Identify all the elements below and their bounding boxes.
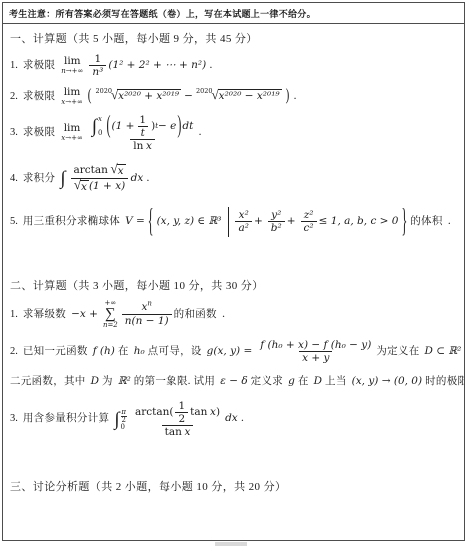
lim-subscript: x→+∞ [61, 99, 83, 106]
integral-operator: ∫ x 0 [92, 116, 105, 137]
section-2-title: 二、计算题（共 3 小题，每小题 10 分，共 30 分） [10, 277, 457, 293]
fraction-denominator: √x(1 + x) [71, 178, 128, 194]
question-s1-4: 4. 求积分 ∫ arctan √x √x(1 + x) dx . [10, 163, 457, 194]
question-number: 3. [10, 126, 18, 139]
period: . [293, 90, 296, 103]
fraction-numerator: f (h₀ + x) − f (h₀ − y) [257, 339, 374, 351]
period: . [146, 172, 149, 185]
question-number: 1. [10, 59, 18, 72]
epsilon-delta: ε − δ [220, 375, 247, 388]
big-fraction: arctan( 1 2 tan x) tan x [132, 400, 223, 438]
fraction-denominator: t [138, 126, 148, 139]
lim-label: lim [64, 123, 81, 134]
function-name: arctan( [135, 406, 174, 418]
set-expression: D ⊂ ℝ² [425, 345, 462, 358]
question-prompt: 用含参量积分计算 [23, 412, 109, 425]
radical: 2020 √ x²⁰²⁰ − x²⁰¹⁹ [196, 88, 282, 104]
exponent: n [147, 300, 152, 308]
section-3-title: 三、讨论分析题（共 2 小题，每小题 10 分，共 20 分） [10, 478, 457, 494]
question-prompt: 求幂级数 [23, 308, 66, 321]
fraction-denominator: n(n − 1) [122, 314, 172, 327]
question-s2-3: 3. 用含参量积分计算 ∫ π 2 0 arctan( 1 2 [10, 400, 457, 438]
variable: D [91, 375, 99, 388]
exam-paper: 考生注意：所有答案必须写在答题纸（卷）上，写在本试题上一律不给分。 一、计算题（… [2, 2, 465, 541]
radicand: x [117, 164, 126, 177]
function-name: ln [133, 140, 143, 152]
variable: h₀ [134, 345, 145, 358]
limit-operator: lim x→+∞ [61, 87, 83, 106]
fraction-numerator: xn [138, 301, 154, 314]
fraction: z² c² [301, 209, 317, 234]
question-prompt: 求积分 [23, 172, 55, 185]
limit-operator: lim n→+∞ [61, 56, 83, 75]
question-text: 二元函数，其中 [10, 375, 86, 388]
radical-sign: √ [74, 178, 81, 193]
radicand: x²⁰²⁰ + x²⁰¹⁹ [117, 89, 181, 103]
variable: x [184, 426, 190, 438]
upper-limit: x [98, 116, 102, 123]
question-s1-5: 5. 用三重积分求椭球体 V = { (x, y, z) ∈ ℝ³ x² a² … [10, 207, 457, 237]
integral-sign: ∫ [92, 117, 97, 136]
fraction-numerator: x² [236, 209, 252, 221]
radical: 2020 √ x²⁰²⁰ + x²⁰¹⁹ [95, 88, 181, 104]
fraction: x² a² [235, 209, 251, 234]
question-number: 3. [10, 412, 18, 425]
integral-sign: ∫ [60, 169, 65, 188]
question-s2-2-line1: 2. 已知一元函数 f (h) 在 h₀ 点可导，设 g(x, y) = f (… [10, 339, 457, 364]
lim-subscript: x→+∞ [61, 135, 83, 142]
function-name: tan [165, 426, 182, 438]
fraction-numerator: arctan √x [71, 163, 129, 178]
open-paren: ( [87, 86, 93, 107]
question-text: 定义求 [251, 375, 283, 388]
close-paren: ) [285, 86, 291, 107]
expression: − e [158, 120, 176, 132]
variable: g [288, 375, 295, 388]
lim-label: lim [64, 87, 81, 98]
integral-operator: ∫ π 2 0 [114, 409, 129, 430]
fraction: 1 t [136, 114, 149, 139]
close-paren: ) [216, 406, 220, 418]
differential: dx [131, 172, 144, 185]
fraction-denominator: ln x [130, 139, 155, 152]
fraction: y² b² [268, 209, 285, 234]
radicand: x²⁰²⁰ − x²⁰¹⁹ [218, 89, 282, 103]
radical-sign: √ [212, 87, 219, 103]
fraction: 1 2 [175, 400, 188, 425]
plus-sign: + [254, 215, 263, 228]
question-text: 点可导，设 [148, 345, 202, 358]
fraction: xn n(n − 1) [122, 301, 172, 327]
question-text: 已知一元函数 [23, 345, 88, 358]
fraction-denominator: a² [235, 221, 251, 234]
question-s1-1: 1. 求极限 lim n→+∞ 1 n³ (1² + 2² + ⋯ + n²) … [10, 53, 457, 78]
period: . [241, 412, 244, 425]
integral-sign: ∫ [114, 410, 119, 429]
limit-operator: lim x→+∞ [61, 123, 83, 142]
period: . [209, 59, 212, 72]
question-text: 为 [102, 375, 113, 388]
big-fraction: ∫ x 0 ( (1 + 1 t )t − e ) dt [89, 114, 197, 152]
question-text: 上当 [325, 375, 347, 388]
variable-definition: V = [125, 215, 145, 228]
expression: (1² + 2² + ⋯ + n²) [108, 59, 206, 72]
fraction-denominator: n³ [89, 65, 106, 78]
fraction-denominator: x + y [299, 351, 332, 364]
question-prompt: 求极限 [23, 126, 55, 139]
fraction-denominator: tan x [162, 425, 194, 438]
tuple: (x, y, z) ∈ ℝ³ [157, 215, 222, 228]
radicand: x [80, 180, 89, 193]
expression: −x + [71, 308, 98, 321]
question-s2-1: 1. 求幂级数 −x + +∞ ∑ n=2 xn n(n − 1) 的和函数 . [10, 300, 457, 329]
fraction-numerator: ∫ x 0 ( (1 + 1 t )t − e ) dt [89, 114, 197, 139]
integral-limits: π 2 0 [121, 409, 127, 430]
fraction-denominator: b² [268, 221, 285, 234]
function-expression: f (h) [93, 345, 115, 358]
pi: π [121, 409, 126, 416]
period: . [198, 126, 201, 139]
question-number: 2. [10, 90, 18, 103]
function-definition: g(x, y) = [207, 345, 253, 358]
differential: dx [225, 412, 238, 425]
function-name: arctan [74, 164, 108, 176]
variable: D [314, 375, 322, 388]
question-number: 2. [10, 345, 18, 358]
question-number: 1. [10, 308, 18, 321]
fraction-numerator: 1 [92, 53, 105, 65]
exam-notice: 考生注意：所有答案必须写在答题纸（卷）上，写在本试题上一律不给分。 [3, 3, 464, 24]
question-s1-3: 3. 求极限 lim x→+∞ ∫ x 0 ( (1 + [10, 114, 457, 152]
lim-subscript: n→+∞ [61, 68, 83, 75]
fraction-denominator: c² [301, 221, 317, 234]
question-text: 的第一象限. 试用 [134, 375, 215, 388]
question-text: 在 [298, 375, 309, 388]
lower-limit: 0 [98, 130, 102, 137]
sum-lower-limit: n=2 [103, 322, 118, 329]
fraction-numerator: arctan( 1 2 tan x) [132, 400, 223, 425]
period: . [448, 215, 451, 228]
close-brace: } [401, 201, 407, 242]
question-prompt: 用三重积分求椭球体 [23, 215, 120, 228]
question-tail: 的体积 [410, 215, 442, 228]
question-text: 为定义在 [376, 345, 419, 358]
exam-content: 一、计算题（共 5 小题，每小题 9 分，共 45 分） 1. 求极限 lim … [3, 24, 464, 494]
radical-sign: √ [111, 87, 118, 103]
sigma-sign: ∑ [105, 307, 116, 322]
integral-limits: x 0 [98, 116, 102, 137]
question-text: 上的 [464, 345, 465, 358]
question-tail: 的和函数 [174, 308, 217, 321]
minus-sign: − [184, 90, 193, 103]
question-prompt: 求极限 [23, 59, 55, 72]
limit-point: (x, y) → (0, 0) [352, 375, 422, 388]
open-brace: { [148, 201, 154, 242]
expression: (1 + [111, 120, 134, 132]
fraction-numerator: 1 [175, 400, 188, 412]
fraction: arctan √x √x(1 + x) [71, 163, 129, 194]
fraction-numerator: z² [301, 209, 317, 221]
fraction-denominator: 2 [175, 412, 188, 425]
differential: dt [182, 120, 193, 132]
lim-label: lim [64, 56, 81, 67]
fraction-numerator: 1 [136, 114, 149, 126]
question-s2-2-line2: 二元函数，其中 D 为 ℝ² 的第一象限. 试用 ε − δ 定义求 g 在 D… [10, 375, 457, 388]
fraction-numerator: y² [268, 209, 284, 221]
condition: ≤ 1, a, b, c > 0 [319, 215, 399, 228]
section-1-title: 一、计算题（共 5 小题，每小题 9 分，共 45 分） [10, 30, 457, 46]
resize-handle-artifact [215, 542, 247, 546]
question-text: 时的极限 [425, 375, 465, 388]
question-s1-2: 2. 求极限 lim x→+∞ ( 2020 √ x²⁰²⁰ + x²⁰¹⁹ −… [10, 87, 457, 106]
summation-operator: +∞ ∑ n=2 [103, 300, 118, 329]
set-symbol: ℝ² [118, 375, 131, 388]
question-number: 5. [10, 215, 18, 228]
period: . [222, 308, 225, 321]
plus-sign: + [287, 215, 296, 228]
fraction: f (h₀ + x) − f (h₀ − y) x + y [257, 339, 374, 364]
question-text: 在 [118, 345, 129, 358]
question-number: 4. [10, 172, 18, 185]
set-divider-bar [228, 207, 229, 237]
lower-limit: 0 [121, 424, 127, 431]
upper-limit: π 2 [121, 409, 127, 424]
fraction: 1 n³ [89, 53, 106, 78]
variable: x [146, 140, 152, 152]
radical-sign: √ [111, 162, 118, 177]
close-paren: ) [176, 112, 182, 141]
function-name: tan [190, 406, 207, 418]
expression: (1 + x) [89, 180, 125, 192]
open-paren: ( [105, 112, 111, 141]
question-prompt: 求极限 [23, 90, 55, 103]
